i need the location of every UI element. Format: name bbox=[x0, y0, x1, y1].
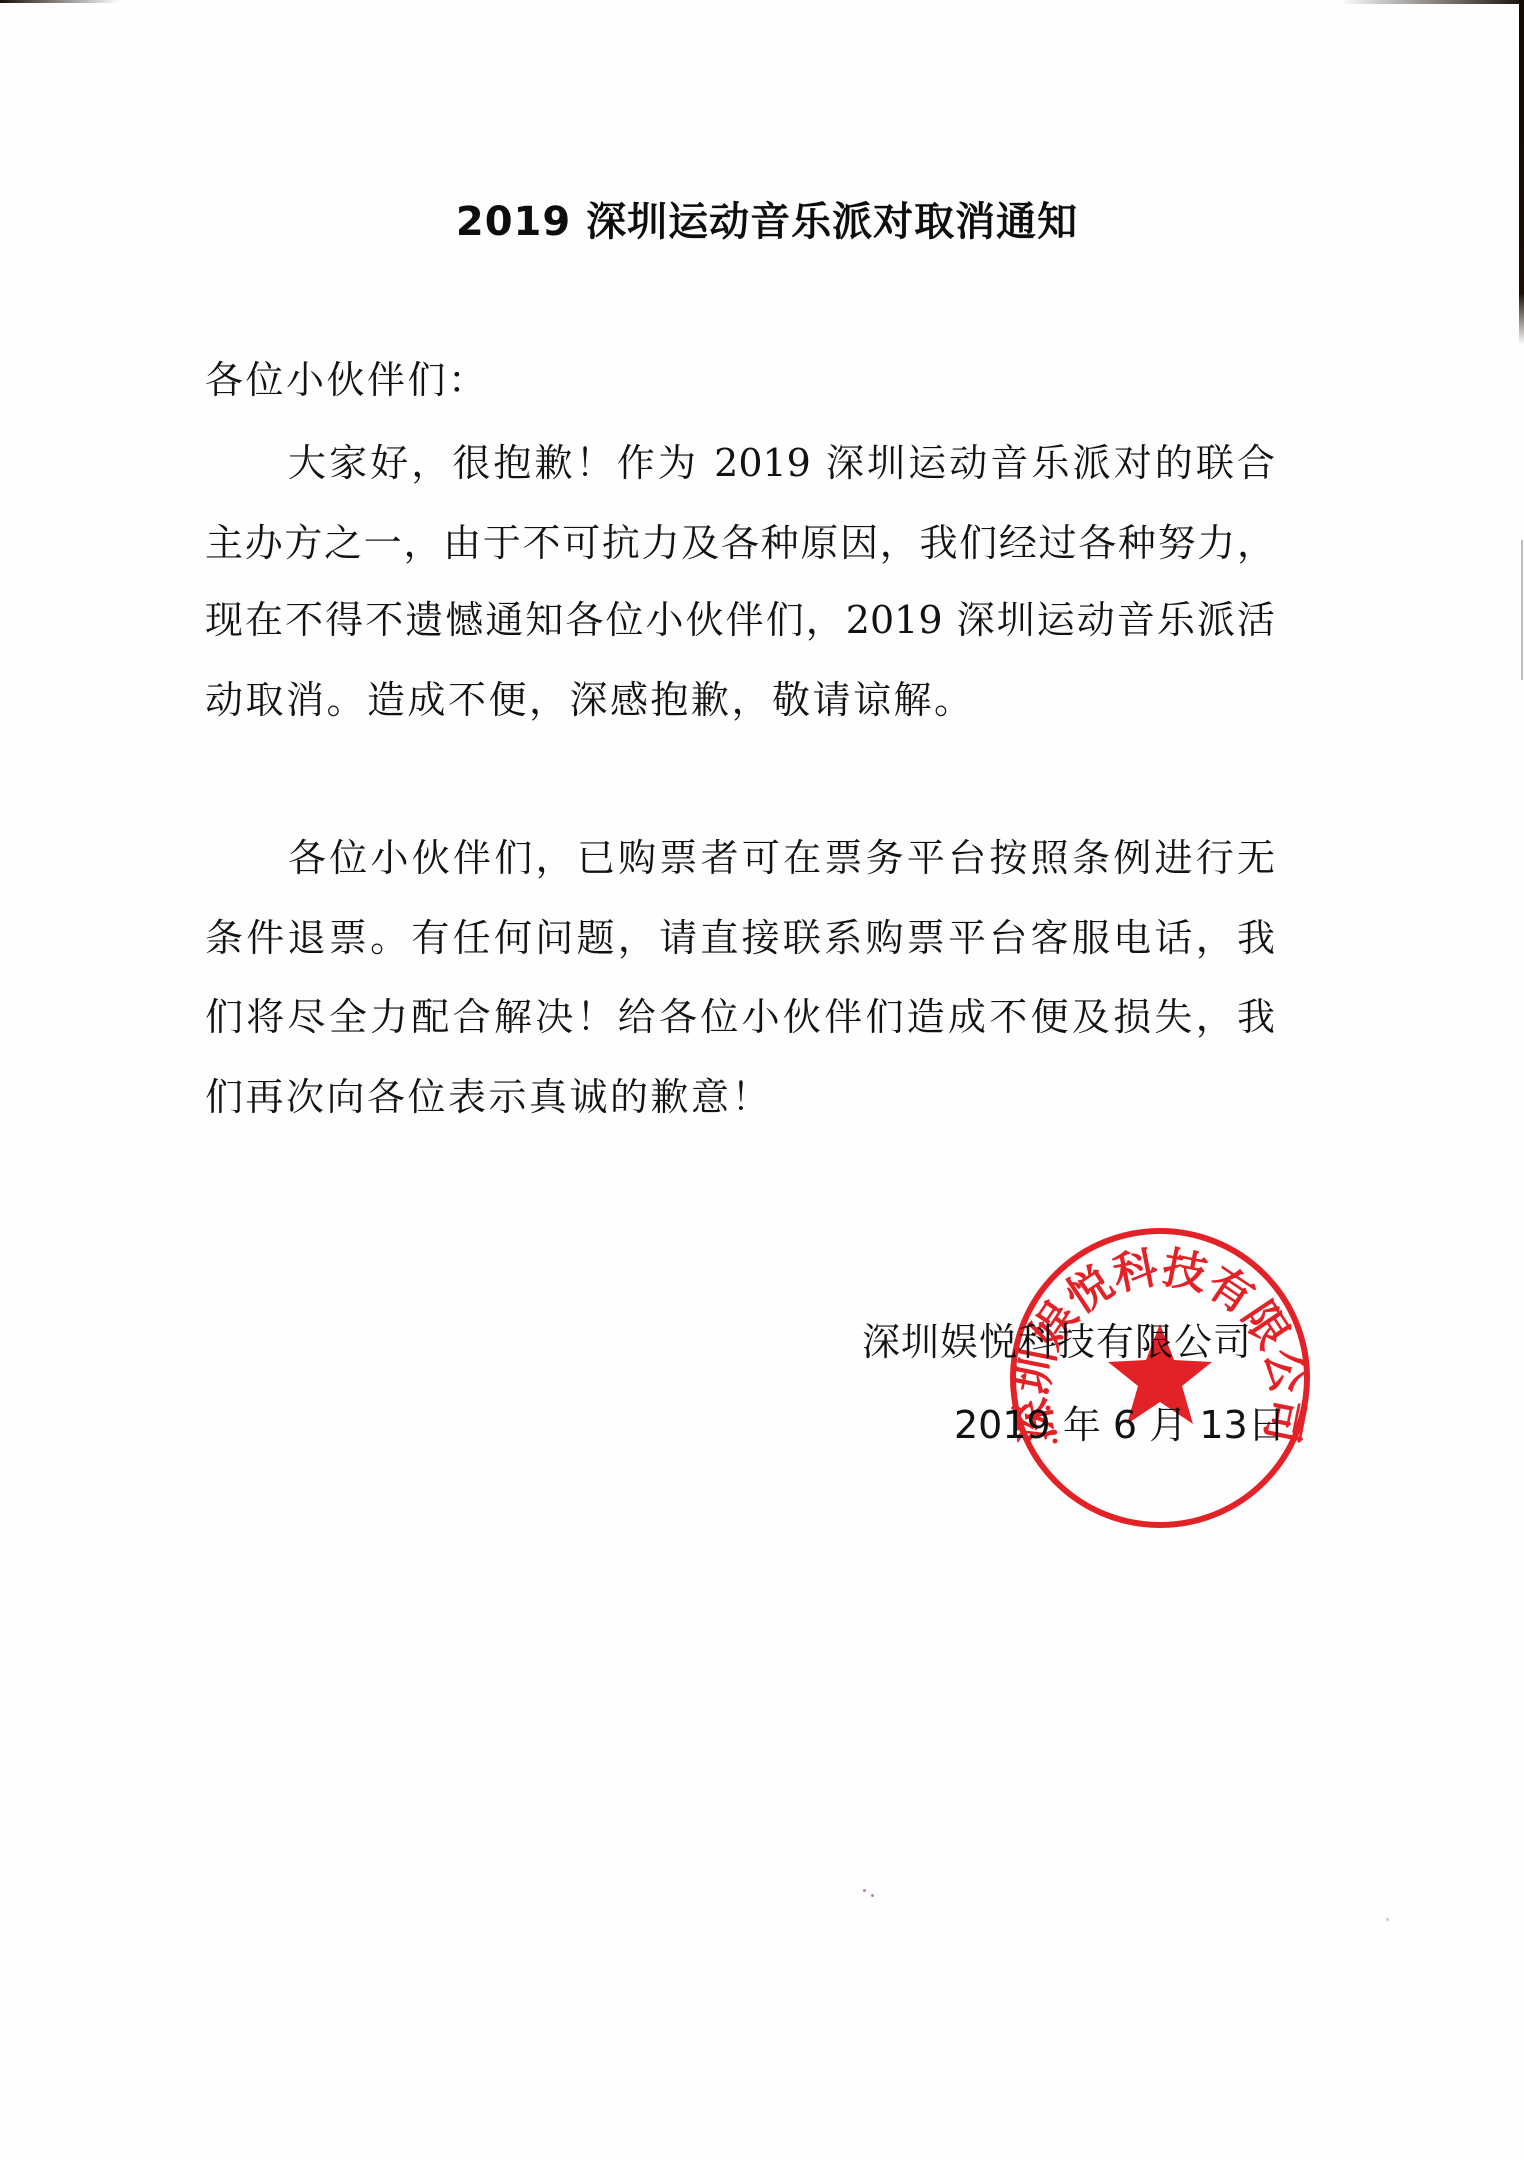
scan-speck bbox=[1386, 1918, 1389, 1921]
paragraph-1-line-2: 主办方之一，由于不可抗力及各种原因，我们经过各种努力， bbox=[205, 517, 1275, 569]
paragraph-1-line-1: 大家好，很抱歉！作为 2019 深圳运动音乐派对的联合 bbox=[288, 437, 1275, 489]
paragraph-2-line-3: 们将尽全力配合解决！给各位小伙伴们造成不便及损失，我 bbox=[205, 991, 1275, 1043]
paragraph-2-line-2: 条件退票。有任何问题，请直接联系购票平台客服电话，我 bbox=[205, 912, 1275, 964]
seal-star-icon bbox=[1108, 1324, 1212, 1424]
paragraph-2-line-4: 们再次向各位表示真诚的歉意！ bbox=[205, 1071, 1275, 1123]
paragraph-1-line-3: 现在不得不遗憾通知各位小伙伴们，2019 深圳运动音乐派活 bbox=[205, 594, 1275, 646]
paragraph-1-line-4: 动取消。造成不便，深感抱歉，敬请谅解。 bbox=[205, 674, 1275, 726]
company-seal-stamp: 深圳娱悦科技有限公司 bbox=[1008, 1226, 1312, 1530]
scan-edge-right bbox=[1519, 0, 1524, 345]
scan-edge-top-right bbox=[1340, 0, 1524, 4]
scan-edge-top-left bbox=[0, 0, 120, 3]
salutation: 各位小伙伴们： bbox=[205, 354, 1275, 406]
scan-speck bbox=[863, 1889, 866, 1892]
scan-speck bbox=[871, 1894, 874, 1897]
paragraph-2-line-1: 各位小伙伴们，已购票者可在票务平台按照条例进行无 bbox=[288, 832, 1275, 884]
document-page: 2019 深圳运动音乐派对取消通知 各位小伙伴们： 大家好，很抱歉！作为 201… bbox=[0, 0, 1524, 2160]
document-title: 2019 深圳运动音乐派对取消通知 bbox=[0, 196, 1524, 248]
scan-edge-right-faint bbox=[1521, 540, 1523, 680]
